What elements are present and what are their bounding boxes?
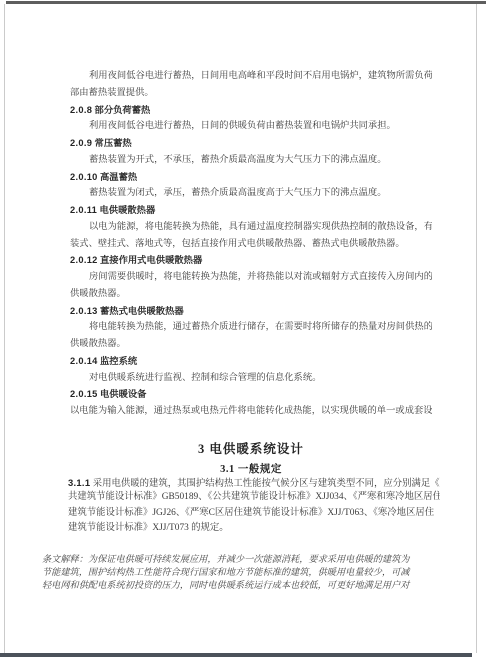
page-border-left xyxy=(4,4,5,653)
term-heading: 2.0.9 常压蓄热 xyxy=(70,135,432,152)
terms-section: 利用夜间低谷电进行蓄热，日间用电高峰和平段时间不启用电锅炉，建筑物所需负荷全部由… xyxy=(70,68,432,420)
clause-line: 3.1.1 采用电供暖的建筑，其围护结构热工性能按气候分区与建筑类型不同，应分别… xyxy=(68,475,440,490)
term-text: 直接作用式电供暖散热器 xyxy=(100,256,202,266)
body-line: 以电能为输入能源，通过热泵或电热元件将电能转化成热能，以实现供暖的单一或成套设备… xyxy=(70,403,432,420)
term-heading: 2.0.13 蓄热式电供暖散热器 xyxy=(70,303,432,320)
term-heading: 2.0.8 部分负荷蓄热 xyxy=(70,102,432,119)
term-number: 2.0.12 xyxy=(70,255,98,265)
commentary-block: 条文解释：为保证电供暖可持续发展应用，并减少一次能源消耗，要求采用电供暖的建筑为… xyxy=(42,553,448,592)
scan-edge-bottom xyxy=(0,653,472,657)
chapter-title: 3 电供暖系统设计 xyxy=(70,439,432,457)
clause-line: 共建筑节能设计标准》GB50189、《公共建筑节能设计标准》XJJ034、《严寒… xyxy=(68,490,440,505)
term-number: 2.0.11 xyxy=(70,205,97,215)
body-line: 蓄热装置为闭式，承压，蓄热介质最高温度高于大气压力下的沸点温度。 xyxy=(70,185,432,202)
body-line: 部由蓄热装置提供。 xyxy=(70,85,432,102)
term-text: 监控系统 xyxy=(100,357,137,367)
term-heading: 2.0.12 直接作用式电供暖散热器 xyxy=(70,252,432,269)
clause-3-1-1: 3.1.1 采用电供暖的建筑，其围护结构热工性能按气候分区与建筑类型不同，应分别… xyxy=(68,475,440,537)
body-line: 对电供暖系统进行监视、控制和综合管理的信息化系统。 xyxy=(70,370,432,387)
term-number: 2.0.15 xyxy=(70,389,98,399)
term-text: 蓄热式电供暖散热器 xyxy=(100,307,184,317)
body-line: 供暖散热器。 xyxy=(70,286,432,303)
term-text: 常压蓄热 xyxy=(95,139,132,149)
clause-number: 3.1.1 xyxy=(68,477,90,488)
term-text: 电供暖设备 xyxy=(100,390,147,400)
commentary-line: 节能建筑，围护结构热工性能符合现行国家和地方节能标准的建筑，供暖用电量较少，可减 xyxy=(42,566,448,579)
body-line: 房间需要供暖时，将电能转换为热能，并将热能以对流或辐射方式直接传入房间内的电 xyxy=(70,269,432,286)
term-text: 部分负荷蓄热 xyxy=(95,106,151,116)
section-title: 3.1 一般规定 xyxy=(70,461,432,476)
body-line: 利用夜间低谷电进行蓄热，日间用电高峰和平段时间不启用电锅炉，建筑物所需负荷全 xyxy=(70,68,432,85)
clause-line: 建筑节能设计标准》JGJ26、《严寒C区居住建筑节能设计标准》XJJ/T063、… xyxy=(68,506,440,521)
body-line: 蓄热装置为开式，不承压，蓄热介质最高温度为大气压力下的沸点温度。 xyxy=(70,152,432,169)
term-heading: 2.0.10 高温蓄热 xyxy=(70,169,432,186)
body-line: 将电能转换为热能，通过蓄热介质进行储存，在需要时将所储存的热量对房间供热的电 xyxy=(70,319,432,336)
term-heading: 2.0.14 监控系统 xyxy=(70,353,432,370)
term-number: 2.0.8 xyxy=(70,105,92,115)
term-text: 电供暖散热器 xyxy=(99,206,155,216)
term-number: 2.0.13 xyxy=(70,306,98,316)
term-number: 2.0.14 xyxy=(70,356,98,366)
term-number: 2.0.10 xyxy=(70,172,98,182)
term-heading: 2.0.15 电供暖设备 xyxy=(70,386,432,403)
commentary-line: 条文解释：为保证电供暖可持续发展应用，并减少一次能源消耗，要求采用电供暖的建筑为 xyxy=(42,553,448,566)
clause-line: 建筑节能设计标准》XJJ/T073 的规定。 xyxy=(68,521,440,536)
term-text: 高温蓄热 xyxy=(100,173,137,183)
body-line: 供暖散热器。 xyxy=(70,336,432,353)
scan-edge-top xyxy=(6,1,486,4)
body-line: 利用夜间低谷电进行蓄热，日间的供暖负荷由蓄热装置和电锅炉共同承担。 xyxy=(70,118,432,135)
document-page: 利用夜间低谷电进行蓄热，日间用电高峰和平段时间不启用电锅炉，建筑物所需负荷全部由… xyxy=(0,0,486,657)
term-number: 2.0.9 xyxy=(70,138,92,148)
body-line: 以电为能源，将电能转换为热能，具有通过温度控制器实现供热控制的散热设备，有吊 xyxy=(70,219,432,236)
body-line: 装式、壁挂式、落地式等，包括直接作用式电供暖散热器、蓄热式电供暖散热器。 xyxy=(70,236,432,253)
term-heading: 2.0.11 电供暖散热器 xyxy=(70,202,432,219)
page-border-right xyxy=(476,4,477,653)
commentary-line: 轻电网和供配电系统初投资的压力，同时电供暖系统运行成本也较低，可更好地满足用户对 xyxy=(42,579,448,592)
